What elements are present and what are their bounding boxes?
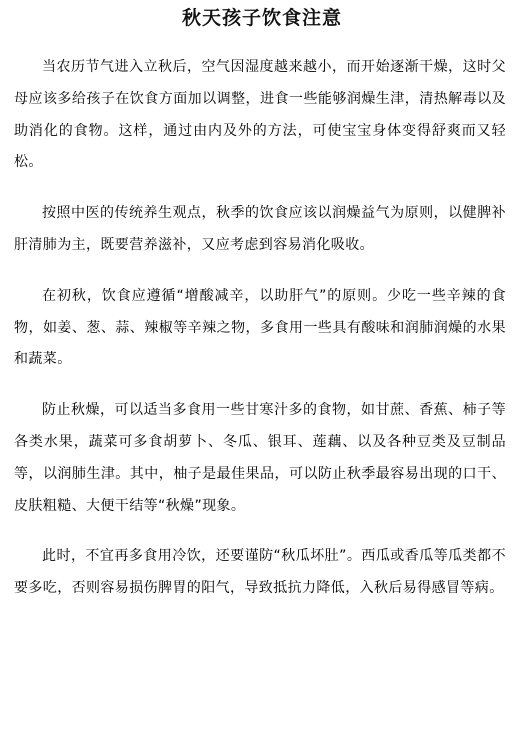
paragraph-prevent-dryness: 防止秋燥，可以适当多食用一些甘寒汁多的食物，如甘蔗、香蕉、柿子等各类水果，蔬菜可… [14, 395, 506, 522]
article-title: 秋天孩子饮食注意 [0, 6, 519, 30]
paragraph-intro: 当农历节气进入立秋后，空气因湿度越来越小，而开始逐渐干燥，这时父母应该多给孩子在… [14, 52, 506, 179]
paragraph-early-autumn: 在初秋，饮食应遵循“增酸减辛，以助肝气”的原则。少吃一些辛辣的食物，如姜、葱、蒜… [14, 281, 506, 376]
paragraph-tcm-principle: 按照中医的传统养生观点，秋季的饮食应该以润燥益气为原则，以健脾补肝清肺为主，既要… [14, 198, 506, 262]
paragraph-avoid-cold-drinks: 此时，不宜再多食用冷饮，还要谨防“秋瓜坏肚”。西瓜或香瓜等瓜类都不要多吃，否则容… [14, 541, 506, 605]
article-body: 当农历节气进入立秋后，空气因湿度越来越小，而开始逐渐干燥，这时父母应该多给孩子在… [14, 52, 506, 624]
